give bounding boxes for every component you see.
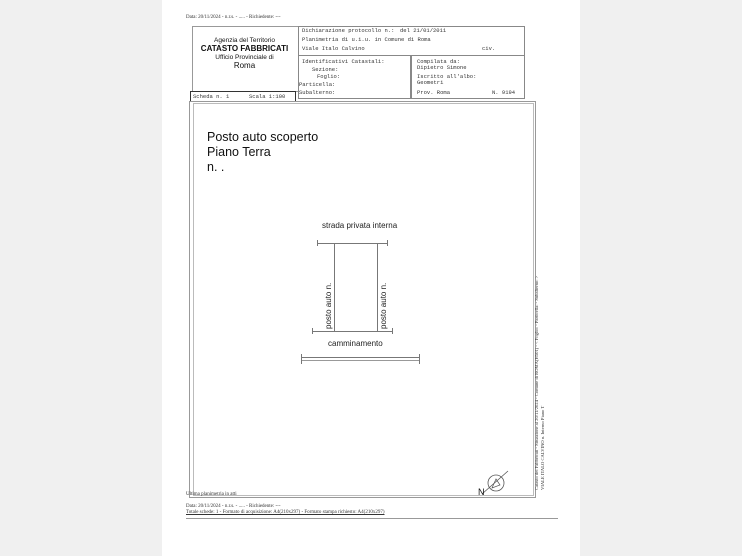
city-label: Roma bbox=[192, 61, 297, 70]
identificativi-title: Identificativi Catastali: bbox=[302, 58, 385, 65]
tick bbox=[301, 354, 302, 364]
civ-label: civ. bbox=[482, 45, 495, 52]
tick bbox=[419, 354, 420, 364]
side-text-1: Catasto dei Fabbricati - Situazione al 2… bbox=[534, 276, 539, 490]
right-wall-line bbox=[377, 243, 378, 331]
posto-auto-right-label: posto auto n. bbox=[379, 283, 388, 329]
side-text-2: VIALE ITALO CALVINO n. Interno Piano T bbox=[540, 406, 545, 490]
sezione-label: Sezione: bbox=[312, 66, 338, 73]
plan-title: Posto auto scoperto bbox=[207, 130, 318, 145]
scheda-label: Scheda n. 1 bbox=[193, 93, 229, 100]
protocol-date: del 21/01/2011 bbox=[400, 27, 446, 34]
plan-floor: Piano Terra bbox=[207, 145, 318, 160]
subalterno-label: Subalterno: bbox=[299, 89, 335, 96]
camminamento-label: camminamento bbox=[328, 339, 383, 348]
plan-number: n. . bbox=[207, 160, 318, 175]
ufficio-label: Ufficio Provinciale di bbox=[192, 54, 297, 61]
posto-auto-left-label: posto auto n. bbox=[324, 283, 333, 329]
camminamento-line-1 bbox=[301, 357, 419, 358]
tick bbox=[387, 240, 388, 246]
tick bbox=[317, 240, 318, 246]
agency-name: Agenzia del Territorio bbox=[192, 37, 297, 44]
top-info-line: Data: 20/11/2024 - n.r.s. - ..... - Rich… bbox=[186, 15, 281, 20]
footer-data-line: Data: 20/11/2024 - n.r.s. - ..... - Rich… bbox=[186, 504, 281, 509]
tick bbox=[312, 328, 313, 334]
bottom-boundary-line bbox=[312, 331, 392, 332]
camminamento-line-2 bbox=[301, 360, 419, 361]
left-wall-line bbox=[334, 243, 335, 331]
prov-label: Prov. Roma bbox=[417, 89, 450, 96]
strada-label: strada privata interna bbox=[322, 221, 397, 230]
tick bbox=[392, 328, 393, 334]
albo-label: Geometri bbox=[417, 79, 443, 86]
compilata-name: Dipietro Simone bbox=[417, 64, 467, 71]
foglio-label: Foglio: bbox=[317, 73, 340, 80]
plan-title-block: Posto auto scoperto Piano Terra n. . bbox=[207, 130, 318, 175]
document-page: Data: 20/11/2024 - n.r.s. - ..... - Rich… bbox=[162, 0, 580, 556]
agency-block: Agenzia del Territorio CATASTO FABBRICAT… bbox=[192, 37, 297, 70]
address-label: Viale Italo Calvino bbox=[302, 45, 365, 52]
numero-label: N. 9194 bbox=[492, 89, 515, 96]
protocol-label: Dichiarazione protocollo n.: bbox=[302, 27, 394, 34]
particella-label: Particella: bbox=[299, 81, 335, 88]
north-label: N bbox=[478, 487, 485, 497]
footer-schede-line: Totale schede: 1 - Formato di acquisizio… bbox=[186, 510, 385, 515]
footer-rule bbox=[186, 518, 558, 519]
north-arrow-icon bbox=[474, 468, 514, 504]
planimetria-label: Planimetria di u.i.u. in Comune di Roma bbox=[302, 36, 431, 43]
scala-label: Scala 1:100 bbox=[249, 93, 285, 100]
catasto-title: CATASTO FABBRICATI bbox=[192, 44, 297, 53]
ultima-planimetria-label: Ultima planimetria in atti bbox=[186, 492, 237, 497]
